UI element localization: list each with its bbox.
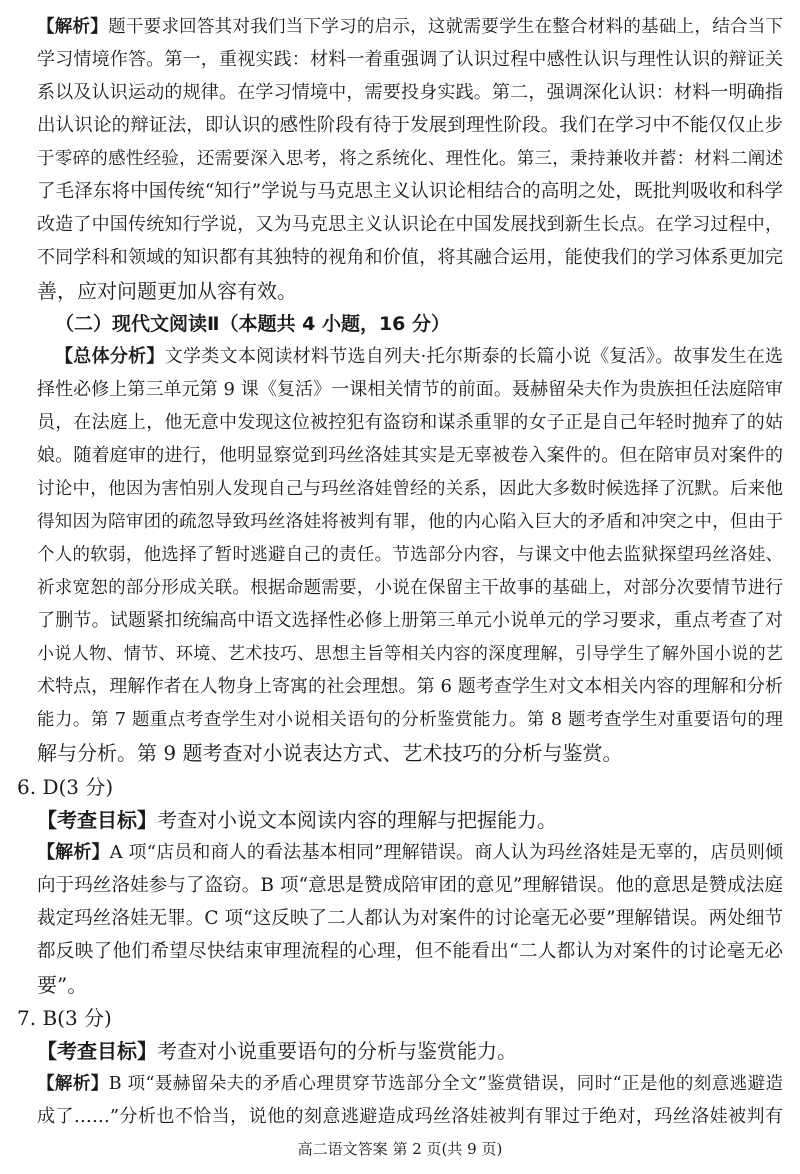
overall-analysis-line: 个人的软弱，他选择了暂时逃避自己的责任。节选部分内容，与课文中他去监狱探望玛丝洛… (37, 542, 783, 568)
q6-analysis-line: 要”。 (37, 972, 87, 998)
analysis-line: 于零碎的感性经验，还需要深入思考，将之系统化、理性化。第三，秉持兼收并蓄：材料二… (37, 146, 783, 172)
overall-analysis-line: 【总体分析】文学类文本阅读材料节选自列夫·托尔斯泰的长篇小说《复活》。故事发生在… (55, 344, 783, 370)
overall-analysis-line: 了删节。试题紧扣统编高中语文选择性必修上册第三单元小说单元的学习要求，重点考查了… (37, 608, 783, 634)
objective-tag: 【考查目标】 (37, 1039, 157, 1063)
analysis-line: 【解析】题干要求回答其对我们当下学习的启示，这就需要学生在整合材料的基础上，结合… (37, 14, 783, 40)
overall-analysis-line: 解与分析。第 9 题考查对小说表达方式、艺术技巧的分析与鉴赏。 (37, 740, 622, 766)
analysis-text: 题干要求回答其对我们当下学习的启示，这就需要学生在整合材料的基础上，结合当下 (108, 17, 783, 37)
analysis-tag: 【解析】 (37, 842, 110, 863)
q6-analysis-line: 向于玛丝洛娃参与了盗窃。B 项“意思是赞成陪审团的意见”理解错误。他的意思是赞成… (37, 873, 783, 899)
q6-objective: 【考查目标】考查对小说文本阅读内容的理解与把握能力。 (37, 807, 557, 833)
analysis-tag: 【解析】 (37, 17, 108, 37)
q7-analysis-line: 成了……”分析也不恰当，说他的刻意逃避造成玛丝洛娃被判有罪过于绝对，玛丝洛娃被判… (37, 1104, 783, 1130)
q7-objective: 【考查目标】考查对小说重要语句的分析与鉴赏能力。 (37, 1038, 517, 1064)
overall-analysis-line: 能力。第 7 题重点考查学生对小说相关语句的分析鉴赏能力。第 8 题考查学生对重… (37, 707, 783, 733)
overall-analysis-line: 祈求宽恕的部分形成关联。根据命题需要，小说在保留主干故事的基础上，对部分次要情节… (37, 575, 783, 601)
analysis-line: 学习情境作答。第一，重视实践：材料一着重强调了认识过程中感性认识与理性认识的辩证… (37, 47, 783, 73)
objective-text: 考查对小说文本阅读内容的理解与把握能力。 (157, 808, 557, 832)
objective-tag: 【考查目标】 (37, 808, 157, 832)
overall-analysis-tag: 【总体分析】 (55, 346, 165, 367)
page-footer: 高二语文答案 第 2 页(共 9 页) (0, 1138, 800, 1160)
question-6-answer: 6. D(3 分) (17, 774, 113, 800)
analysis-line: 了毛泽东将中国传统“知行”学说与马克思主义认识论相结合的高明之处，既批判吸收和科… (37, 179, 783, 205)
overall-analysis-line: 娘。随着庭审的进行，他明显察觉到玛丝洛娃其实是无辜被卷入案件的。但在陪审员对案件… (37, 443, 783, 469)
q7-analysis-line: 【解析】B 项“聂赫留朵夫的矛盾心理贯穿节选部分全文”鉴赏错误，同时“正是他的刻… (37, 1071, 783, 1097)
overall-analysis-line: 讨论中，他因为害怕别人发现自己与玛丝洛娃曾经的关系，因此大多数时候选择了沉默。后… (37, 476, 783, 502)
analysis-text: B 项“聂赫留朵夫的矛盾心理贯穿节选部分全文”鉴赏错误，同时“正是他的刻意逃避造 (109, 1074, 783, 1094)
analysis-tag: 【解析】 (37, 1074, 109, 1094)
overall-analysis-line: 小说人物、情节、环境、艺术技巧、思想主旨等相关内容的深度理解，引导学生了解外国小… (37, 641, 783, 667)
analysis-text: A 项“店员和商人的看法基本相同”理解错误。商人认为玛丝洛娃是无辜的，店员则倾 (110, 842, 783, 863)
q6-analysis-line: 【解析】A 项“店员和商人的看法基本相同”理解错误。商人认为玛丝洛娃是无辜的，店… (37, 840, 783, 866)
overall-analysis-line: 术特点，理解作者在人物身上寄寓的社会理想。第 6 题考查学生对文本相关内容的理解… (37, 674, 783, 700)
overall-analysis-line: 员，在法庭上，他无意中发现这位被控犯有盗窃和谋杀重罪的女子正是自己年轻时抛弃了的… (37, 410, 783, 436)
analysis-line: 改造了中国传统知行学说，又为马克思主义认识论在中国发展找到新生长点。在学习过程中… (37, 212, 783, 238)
analysis-line: 不同学科和领域的知识都有其独特的视角和价值，将其融合运用，能使我们的学习体系更加… (37, 245, 783, 271)
analysis-line: 出认识论的辩证法，即认识的感性阶段有待于发展到理性阶段。我们在学习中不能仅仅止步 (37, 113, 783, 139)
overall-analysis-line: 得知因为陪审团的疏忽导致玛丝洛娃将被判有罪，他的内心陷入巨大的矛盾和冲突之中，但… (37, 509, 783, 535)
objective-text: 考查对小说重要语句的分析与鉴赏能力。 (157, 1039, 517, 1063)
q6-analysis-line: 都反映了他们希望尽快结束审理流程的心理，但不能看出“二人都认为对案件的讨论毫无必 (37, 939, 783, 965)
question-7-answer: 7. B(3 分) (17, 1005, 112, 1031)
analysis-line: 系以及认识运动的规律。在学习情境中，需要投身实践。第二，强调深化认识：材料一明确… (37, 80, 783, 106)
overall-analysis-text: 文学类文本阅读材料节选自列夫·托尔斯泰的长篇小说《复活》。故事发生在选 (165, 346, 783, 367)
section-heading: （二）现代文阅读Ⅱ（本题共 4 小题，16 分） (55, 311, 450, 337)
analysis-line: 善，应对问题更加从容有效。 (37, 278, 297, 304)
overall-analysis-line: 择性必修上第三单元第 9 课《复活》一课相关情节的前面。聂赫留朵夫作为贵族担任法… (37, 377, 783, 403)
q6-analysis-line: 裁定玛丝洛娃无罪。C 项“这反映了二人都认为对案件的讨论毫无必要”理解错误。两处… (37, 906, 783, 932)
